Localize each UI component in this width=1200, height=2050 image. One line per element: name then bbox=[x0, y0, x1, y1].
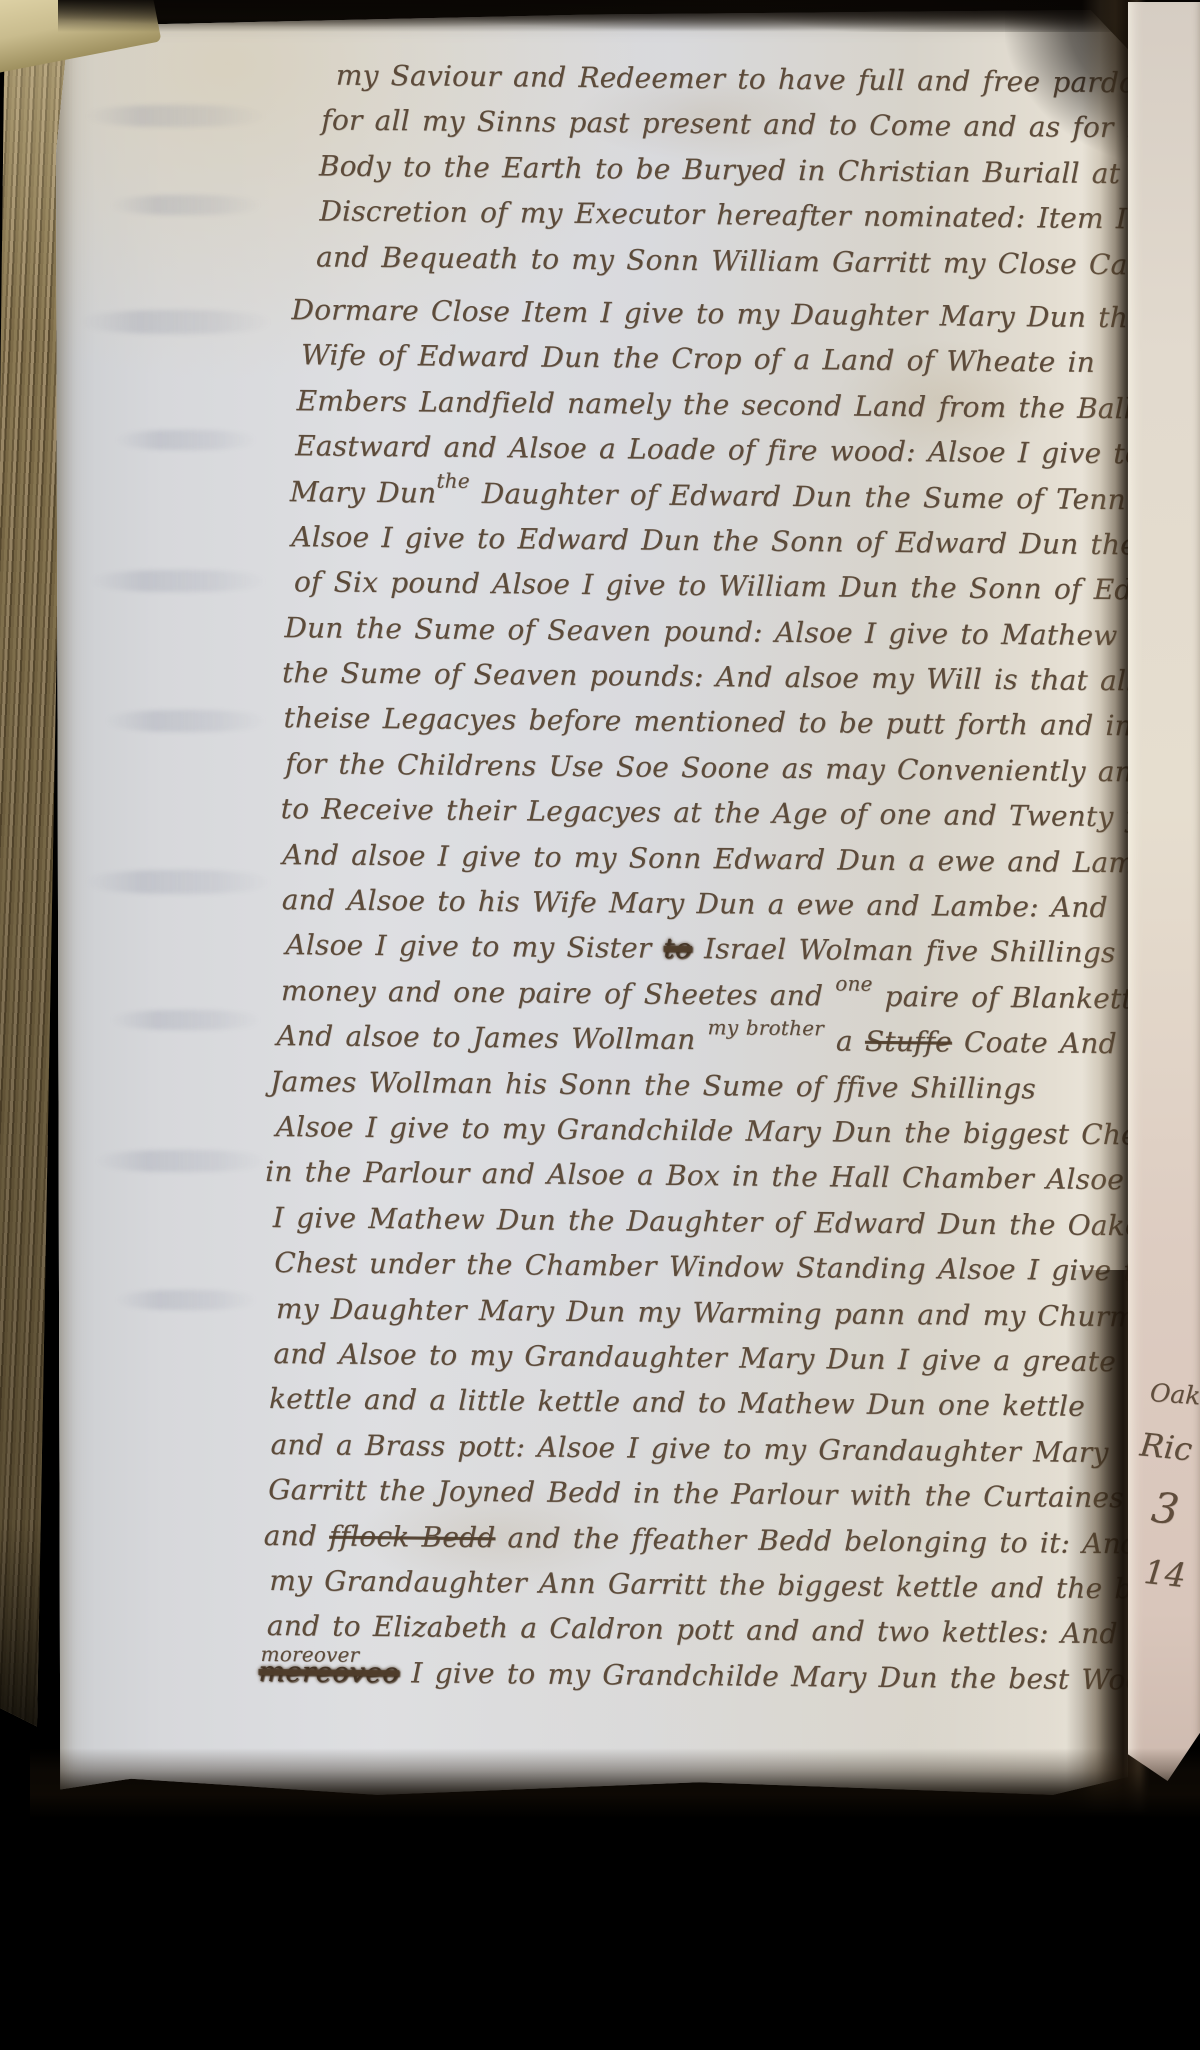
manuscript-line: and Alsoe to my Grandaughter Mary Dun I … bbox=[273, 1331, 1121, 1385]
text-segment: Wife of Edward Dun the Crop of a Land of… bbox=[301, 339, 1095, 380]
manuscript-line: I give Mathew Dun the Daughter of Edward… bbox=[273, 1195, 1123, 1249]
text-segment: Eastward and Alsoe a Loade of fire wood:… bbox=[295, 429, 1142, 470]
text-segment: and Bequeath to my Sonn William Garritt … bbox=[316, 240, 1181, 281]
text-segment: Dormare Close Item I give to my Daughter… bbox=[291, 293, 1144, 334]
manuscript-line: kettle and a little kettle and to Mathew… bbox=[269, 1376, 1121, 1430]
manuscript-line: Embers Landfield namely the second Land … bbox=[296, 378, 1130, 431]
manuscript-line: Eastward and Alsoe a Loade of fire wood:… bbox=[295, 423, 1130, 476]
manuscript-line: in the Parlour and Alsoe a Box in the Ha… bbox=[265, 1149, 1123, 1203]
text-segment: theise Legacyes before mentioned to be p… bbox=[283, 702, 1200, 744]
text-segment: Chest under the Chamber Window Standing … bbox=[274, 1246, 1152, 1287]
text-segment: Discretion of my Executor hereafter nomi… bbox=[319, 195, 1199, 236]
text-segment: of Six pound Alsoe I give to William Dun… bbox=[294, 566, 1200, 608]
text-segment: in the Parlour and Alsoe a Box in the Ha… bbox=[265, 1155, 1124, 1196]
book-photo: my Saviour and Redeemer to have full and… bbox=[0, 0, 1200, 2050]
text-segment: Garritt the Joyned Bedd in the Parlour w… bbox=[268, 1473, 1124, 1514]
text-segment: a bbox=[824, 1025, 865, 1058]
text-segment: moreover bbox=[260, 1632, 359, 1678]
text-segment: Alsoe I give to Edward Dun the Sonn of E… bbox=[291, 520, 1200, 562]
manuscript-line: Alsoe I give to Edward Dun the Sonn of E… bbox=[291, 514, 1129, 567]
manuscript-line: Wife of Edward Dun the Crop of a Land of… bbox=[301, 333, 1131, 386]
text-segment: and Alsoe to his Wife Mary Dun a ewe and… bbox=[282, 883, 1108, 924]
text-segment: money and one paire of Sheetes and bbox=[281, 974, 835, 1012]
text-segment: Stuffe bbox=[865, 1025, 952, 1059]
manuscript-page: my Saviour and Redeemer to have full and… bbox=[56, 10, 1128, 1802]
adjacent-page-fragment: Ric bbox=[1138, 1425, 1194, 1468]
manuscript-line: to Receive their Legacyes at the Age of … bbox=[281, 786, 1127, 840]
text-segment: the bbox=[436, 468, 470, 492]
manuscript-line: Dun the Sume of Seaven pound: Alsoe I gi… bbox=[284, 605, 1128, 658]
manuscript-line: Garritt the Joyned Bedd in the Parlour w… bbox=[268, 1467, 1120, 1521]
manuscript-line: and fflock Bedd and the ffeather Bedd be… bbox=[264, 1512, 1120, 1566]
adjacent-page: Oak- Ric 3 14 bbox=[1128, 2, 1200, 1790]
manuscript-line: and Bequeath to my Sonn William Garritt … bbox=[316, 234, 1132, 287]
manuscript-line: Alsoe I give to my Grandchilde Mary Dun … bbox=[275, 1104, 1123, 1158]
manuscript-line: Discretion of my Executor hereafter nomi… bbox=[319, 189, 1132, 242]
page-top-grime-edge bbox=[58, 0, 1142, 32]
text-segment: to Receive their Legacyes at the Age of … bbox=[281, 792, 1200, 834]
manuscript-line: my Grandaughter Ann Garritt the biggest … bbox=[269, 1558, 1119, 1612]
adjacent-page-fragment: 3 bbox=[1149, 1482, 1182, 1534]
text-segment: Mary Dun bbox=[290, 475, 437, 509]
manuscript-text-block: my Saviour and Redeemer to have full and… bbox=[258, 52, 1134, 1702]
text-segment: the Sume of Seaven pounds: And alsoe my … bbox=[282, 656, 1136, 697]
text-segment: my Daughter Mary Dun my Warming pann and… bbox=[276, 1292, 1153, 1333]
manuscript-line: Dormare Close Item I give to my Daughter… bbox=[291, 287, 1131, 340]
text-segment: one bbox=[835, 971, 873, 995]
manuscript-line: and Alsoe to his Wife Mary Dun a ewe and… bbox=[282, 877, 1126, 930]
text-segment: Alsoe I give to my Grandchilde Mary Dun … bbox=[276, 1110, 1164, 1152]
manuscript-line: And alsoe to James Wollman my brother a … bbox=[276, 1013, 1124, 1067]
text-segment: fflock Bedd bbox=[329, 1519, 496, 1554]
adjacent-page-fragment: Oak- bbox=[1149, 1378, 1200, 1411]
text-segment: Embers Landfield namely the second Land … bbox=[296, 384, 1157, 425]
manuscript-line: of Six pound Alsoe I give to William Dun… bbox=[294, 560, 1129, 613]
text-segment: for the Childrens Use Soe Soone as may C… bbox=[285, 747, 1200, 789]
adjacent-page-fragment: 14 bbox=[1142, 1552, 1188, 1595]
text-segment: And alsoe to James Wollman bbox=[276, 1019, 707, 1056]
manuscript-line: and to Elizabeth a Caldron pott and and … bbox=[267, 1603, 1119, 1657]
text-segment: and Alsoe to my Grandaughter Mary Dun I … bbox=[273, 1337, 1116, 1378]
text-segment: my brother bbox=[708, 1015, 825, 1040]
text-segment: and a Brass pott: Alsoe I give to my Gra… bbox=[270, 1428, 1108, 1469]
manuscript-line: the Sume of Seaven pounds: And alsoe my … bbox=[282, 650, 1128, 704]
text-segment: Alsoe I give to my Sister bbox=[285, 929, 663, 966]
text-segment: and to Elizabeth a Caldron pott and and … bbox=[267, 1609, 1118, 1650]
manuscript-line: my Daughter Mary Dun my Warming pann and… bbox=[276, 1286, 1122, 1340]
manuscript-line: James Wollman his Sonn the Sume of ffive… bbox=[270, 1059, 1124, 1113]
text-segment: James Wollman his Sonn the Sume of ffive… bbox=[270, 1065, 1036, 1105]
manuscript-line: Chest under the Chamber Window Standing … bbox=[274, 1240, 1122, 1294]
manuscript-line: moreovermereoveo I give to my Grandchild… bbox=[258, 1649, 1118, 1703]
manuscript-line: for the Childrens Use Soe Soone as may C… bbox=[285, 741, 1127, 794]
text-segment: kettle and a little kettle and to Mathew… bbox=[269, 1382, 1085, 1423]
text-segment: and bbox=[264, 1518, 330, 1552]
manuscript-line: theise Legacyes before mentioned to be p… bbox=[283, 696, 1127, 749]
page-bottom-shadow bbox=[30, 1748, 1200, 1828]
text-segment: to bbox=[663, 932, 692, 965]
manuscript-line: Mary Dunthe Daughter of Edward Dun the S… bbox=[290, 469, 1130, 522]
manuscript-line: money and one paire of Sheetes and one p… bbox=[281, 968, 1125, 1021]
text-segment: I give Mathew Dun the Daughter of Edward… bbox=[273, 1201, 1160, 1243]
manuscript-line: and a Brass pott: Alsoe I give to my Gra… bbox=[270, 1422, 1120, 1476]
manuscript-line: Alsoe I give to my Sister to Israel Wolm… bbox=[285, 923, 1125, 976]
manuscript-line: And alsoe I give to my Sonn Edward Dun a… bbox=[282, 832, 1126, 885]
text-segment: Dun the Sume of Seaven pound: Alsoe I gi… bbox=[284, 611, 1188, 653]
text-segment: my Grandaughter Ann Garritt the biggest … bbox=[269, 1564, 1181, 1606]
text-segment: And alsoe I give to my Sonn Edward Dun a… bbox=[282, 838, 1170, 880]
